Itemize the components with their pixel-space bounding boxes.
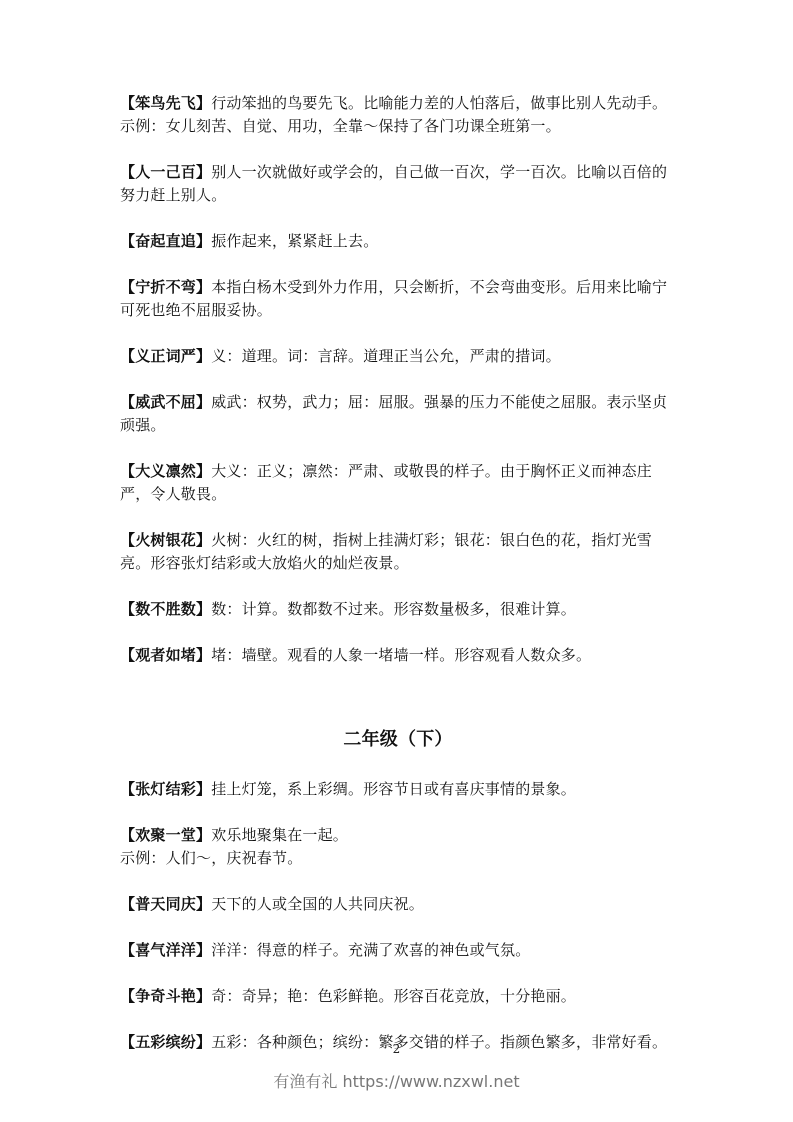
idiom-entry: 【人一己百】别人一次就做好或学会的，自己做一百次，学一百次。比喻以百倍的努力赶上…	[120, 161, 676, 207]
idiom-term: 【义正词严】	[120, 347, 211, 365]
idiom-entry: 【观者如堵】堵：墙壁。观看的人象一堵墙一样。形容观看人数众多。	[120, 644, 676, 667]
idiom-definition: 行动笨拙的鸟要先飞。比喻能力差的人怕落后，做事比别人先动手。	[211, 94, 667, 112]
idiom-term: 【大义凛然】	[120, 462, 211, 480]
idiom-term: 【火树银花】	[120, 531, 211, 549]
idiom-entry: 【宁折不弯】本指白杨木受到外力作用，只会断折，不会弯曲变形。后用来比喻宁可死也绝…	[120, 276, 676, 322]
idiom-term: 【争奇斗艳】	[120, 987, 211, 1005]
idiom-term: 【普天同庆】	[120, 895, 211, 913]
idiom-term: 【威武不屈】	[120, 393, 211, 411]
idiom-term: 【数不胜数】	[120, 600, 211, 618]
idiom-definition: 洋洋：得意的样子。充满了欢喜的神色或气氛。	[211, 941, 530, 959]
idiom-term: 【观者如堵】	[120, 646, 211, 664]
idiom-entry: 【威武不屈】威武：权势，武力；屈：屈服。强暴的压力不能使之屈服。表示坚贞顽强。	[120, 391, 676, 437]
idiom-entry: 【张灯结彩】挂上灯笼，系上彩绸。形容节日或有喜庆事情的景象。	[120, 778, 676, 801]
idiom-entry: 【数不胜数】数：计算。数都数不过来。形容数量极多，很难计算。	[120, 598, 676, 621]
idiom-term: 【欢聚一堂】	[120, 826, 211, 844]
idiom-example: 示例：人们～，庆祝春节。	[120, 847, 676, 870]
idiom-entry: 【大义凛然】大义：正义；凛然：严肃、或敬畏的样子。由于胸怀正义而神态庄严，令人敬…	[120, 460, 676, 506]
idiom-term: 【人一己百】	[120, 163, 211, 181]
idiom-entry: 【争奇斗艳】奇：奇异；艳：色彩鲜艳。形容百花竞放，十分艳丽。	[120, 985, 676, 1008]
idiom-entry: 【火树银花】火树：火红的树，指树上挂满灯彩；银花：银白色的花，指灯光雪亮。形容张…	[120, 529, 676, 575]
idiom-definition: 欢乐地聚集在一起。	[211, 826, 348, 844]
idiom-definition: 天下的人或全国的人共同庆祝。	[211, 895, 424, 913]
idiom-term: 【笨鸟先飞】	[120, 94, 211, 112]
document-page: 【笨鸟先飞】行动笨拙的鸟要先飞。比喻能力差的人怕落后，做事比别人先动手。 示例：…	[0, 0, 793, 1122]
idiom-definition: 堵：墙壁。观看的人象一堵墙一样。形容观看人数众多。	[211, 646, 591, 664]
idiom-entry: 【喜气洋洋】洋洋：得意的样子。充满了欢喜的神色或气氛。	[120, 939, 676, 962]
idiom-definition: 振作起来，紧紧赶上去。	[211, 232, 378, 250]
idiom-entry: 【义正词严】义：道理。词：言辞。道理正当公允，严肃的措词。	[120, 345, 676, 368]
page-number: 2	[0, 1042, 793, 1056]
idiom-definition: 挂上灯笼，系上彩绸。形容节日或有喜庆事情的景象。	[211, 780, 576, 798]
idiom-entry: 【笨鸟先飞】行动笨拙的鸟要先飞。比喻能力差的人怕落后，做事比别人先动手。 示例：…	[120, 92, 676, 138]
idiom-entry: 【欢聚一堂】欢乐地聚集在一起。 示例：人们～，庆祝春节。	[120, 824, 676, 870]
idiom-definition: 数：计算。数都数不过来。形容数量极多，很难计算。	[211, 600, 576, 618]
idiom-term: 【喜气洋洋】	[120, 941, 211, 959]
idiom-list: 【笨鸟先飞】行动笨拙的鸟要先飞。比喻能力差的人怕落后，做事比别人先动手。 示例：…	[120, 92, 676, 1077]
idiom-term: 【宁折不弯】	[120, 278, 211, 296]
idiom-example: 示例：女儿刻苦、自觉、用功，全靠～保持了各门功课全班第一。	[120, 115, 676, 138]
idiom-term: 【奋起直追】	[120, 232, 211, 250]
idiom-definition: 奇：奇异；艳：色彩鲜艳。形容百花竞放，十分艳丽。	[211, 987, 576, 1005]
idiom-definition: 义：道理。词：言辞。道理正当公允，严肃的措词。	[211, 347, 561, 365]
watermark-text: 有渔有礼 https://www.nzxwl.net	[0, 1069, 793, 1092]
idiom-entry: 【奋起直追】振作起来，紧紧赶上去。	[120, 230, 676, 253]
idiom-term: 【张灯结彩】	[120, 780, 211, 798]
idiom-entry: 【普天同庆】天下的人或全国的人共同庆祝。	[120, 893, 676, 916]
section-heading: 二年级（下）	[120, 726, 676, 754]
